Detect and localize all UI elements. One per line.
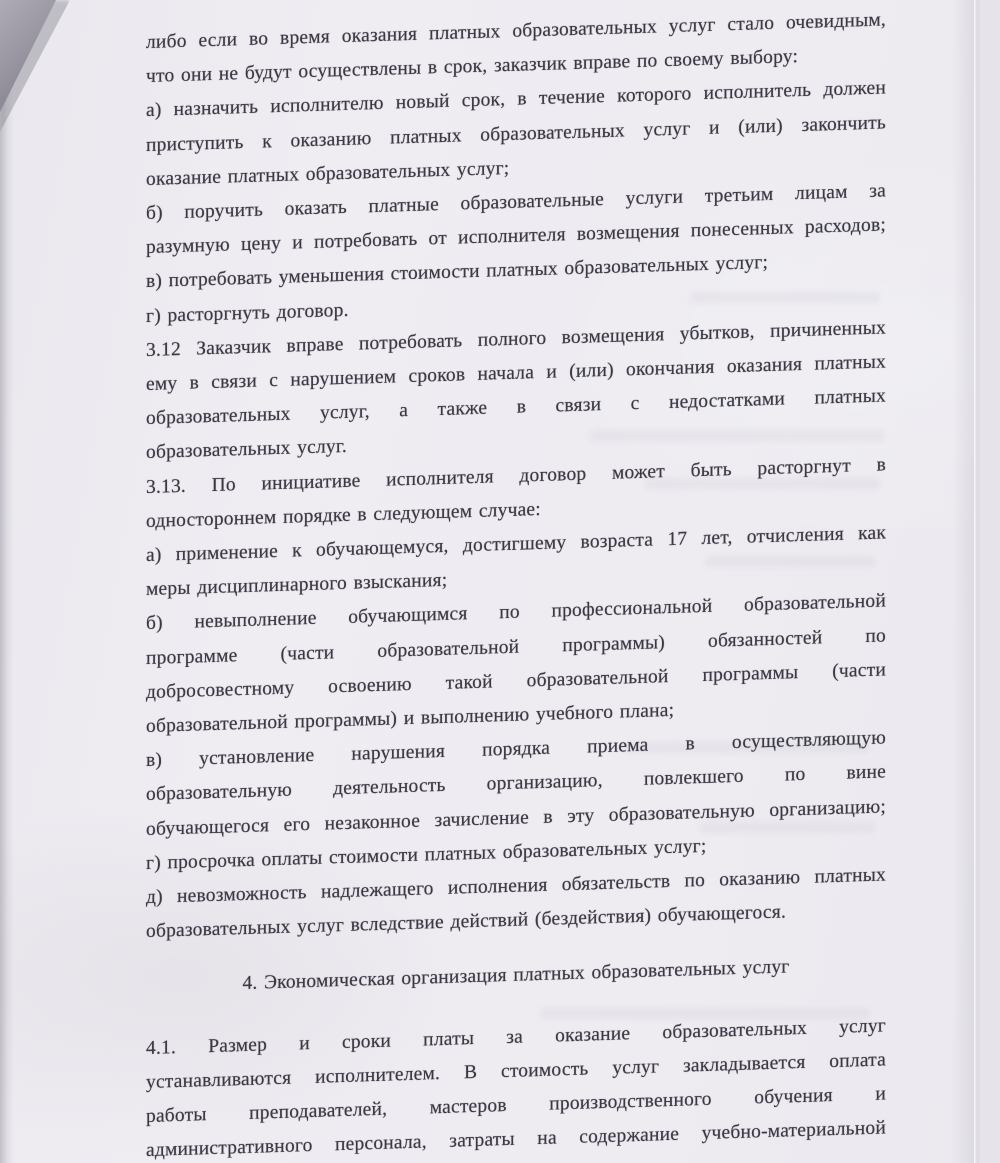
folded-corner (0, 0, 56, 112)
paragraph: б) невыполнение обучающимся по профессио… (146, 585, 886, 744)
page-right-edge (974, 0, 1000, 1163)
paragraph: 4.1. Размер и сроки платы за оказание об… (146, 1009, 886, 1163)
section-heading: 4. Экономическая организация платных обр… (146, 948, 886, 1005)
text-block: либо если во время оказания платных обра… (146, 3, 886, 1163)
page-right-edge-shade (952, 0, 974, 1163)
scanned-document-page: либо если во время оказания платных обра… (0, 0, 1000, 1163)
paragraph: 3.12 Заказчик вправе потребовать полного… (146, 311, 886, 470)
text-line: 4. Экономическая организация платных обр… (146, 948, 886, 1005)
page-left-edge-shadow (0, 0, 14, 1163)
